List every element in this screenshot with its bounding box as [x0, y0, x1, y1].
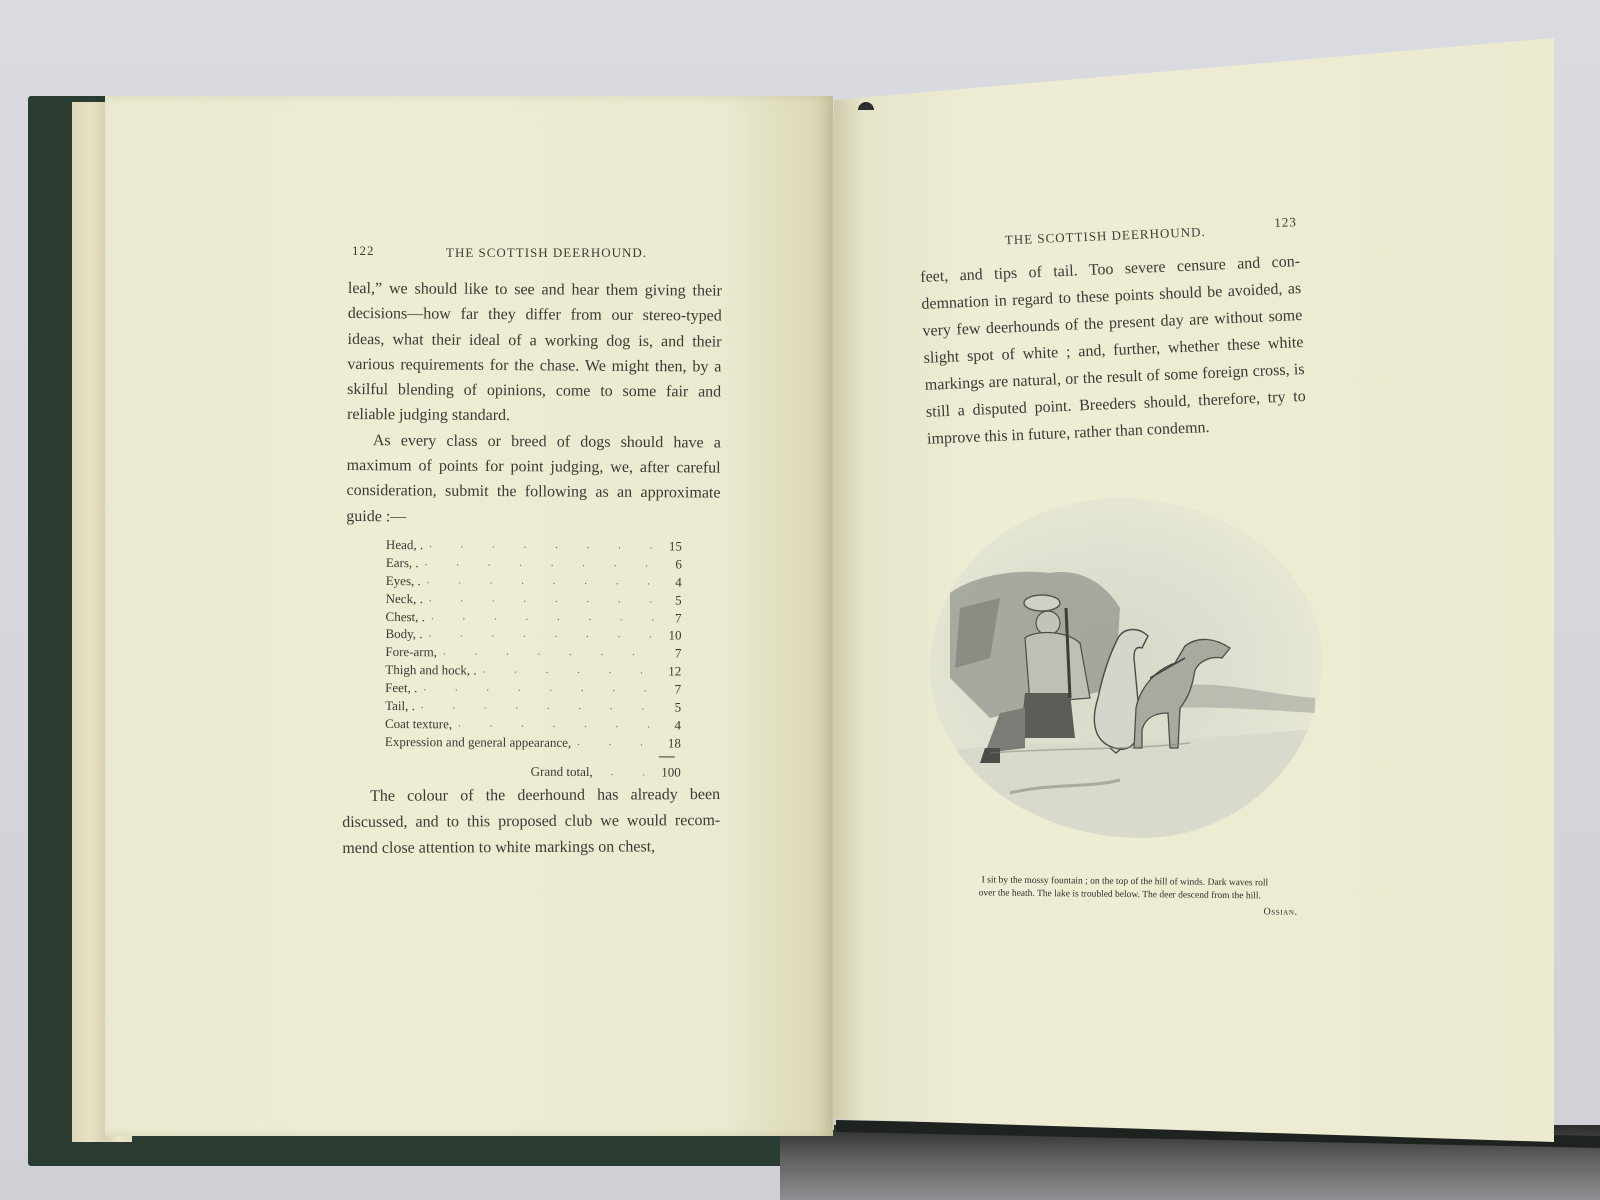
paragraph: feet, and tips of tail. Too severe censu… [920, 248, 1308, 453]
point-label: Body, . [385, 625, 422, 643]
point-label: Thigh and hock, . [385, 661, 476, 679]
points-row: Head, .. . . . . . . . . . .15 [386, 536, 682, 555]
total-value: 100 [659, 763, 681, 781]
left-page-body-continued: The colour of the deerhound has already … [342, 782, 720, 861]
points-row: Thigh and hock, .. . . . . . . . . . .12 [385, 661, 681, 680]
points-row: Neck, .. . . . . . . . . . .5 [386, 590, 682, 609]
points-row: Fore-arm,. . . . . . . . . . .7 [385, 643, 681, 662]
point-label: Coat texture, [385, 715, 452, 733]
point-value: 6 [660, 555, 682, 573]
leader-dots: . . . . . . . . . . . [419, 554, 660, 573]
open-book-photo: 122 THE SCOTTISH DEERHOUND. leal,” we sh… [0, 0, 1600, 1200]
points-row: Expression and general appearance,. . . … [385, 733, 681, 752]
leader-dots: . . . . . . . . . . . [421, 572, 660, 591]
point-label: Chest, . [386, 608, 425, 626]
leader-dots: . . . . . . . . . . . [423, 590, 660, 609]
leader-dots: . . . . . . . . . . . [423, 536, 660, 555]
point-label: Expression and general appearance, [385, 733, 571, 752]
point-value: 4 [660, 573, 682, 591]
point-value: 5 [660, 591, 682, 609]
point-value: 5 [659, 698, 681, 716]
deerhound-illustration [930, 498, 1322, 838]
leader-dots: . . . . . [571, 734, 659, 752]
point-value: 15 [660, 537, 682, 555]
point-value: 7 [659, 681, 681, 699]
highlander-with-deerhounds-drawing [930, 498, 1322, 838]
point-label: Tail, . [385, 697, 415, 715]
point-value: 10 [659, 627, 681, 645]
paragraph: The colour of the deerhound has already … [342, 782, 720, 861]
page-number: 122 [352, 243, 375, 259]
point-label: Eyes, . [386, 572, 421, 590]
caption-line: over the heath. The lake is troubled bel… [940, 887, 1300, 904]
book-gutter [831, 115, 834, 1130]
point-value: 7 [659, 645, 681, 663]
point-label: Fore-arm, [385, 643, 437, 661]
sum-rule [659, 756, 675, 763]
points-total-row: Grand total, . . 100 [385, 762, 681, 782]
left-page-body: leal,” we should like to see and hear th… [346, 276, 722, 532]
running-head: THE SCOTTISH DEERHOUND. [446, 245, 647, 261]
point-label: Head, . [386, 536, 423, 554]
right-page-body: feet, and tips of tail. Too severe censu… [920, 248, 1308, 453]
leader-dots: . . . . . . . . . . . [423, 626, 660, 645]
point-label: Neck, . [386, 590, 423, 608]
running-head: THE SCOTTISH DEERHOUND. [1005, 224, 1207, 248]
point-value: 4 [659, 716, 681, 734]
leader-dots: . . . . . . . . . . . [477, 662, 660, 681]
points-row: Eyes, .. . . . . . . . . . .4 [386, 572, 682, 591]
leader-dots: . . . . . . . . . . . [417, 679, 659, 698]
leader-dots: . . . . . . . . . . . [437, 644, 659, 663]
leader-dots: . . . . . . . . . . . [425, 608, 660, 627]
points-row: Feet, .. . . . . . . . . . .7 [385, 679, 681, 698]
paragraph: leal,” we should like to see and hear th… [347, 276, 722, 430]
right-page-text-block: THE SCOTTISH DEERHOUND. 123 feet, and ti… [918, 206, 1307, 453]
point-value: 12 [659, 663, 681, 681]
point-value: 7 [660, 609, 682, 627]
paragraph: As every class or breed of dogs should h… [346, 428, 721, 532]
points-row: Coat texture,. . . . . . . . . . .4 [385, 715, 681, 734]
leader-dots: . . [605, 763, 659, 781]
leader-dots: . . . . . . . . . . . [415, 697, 659, 716]
total-label: Grand total, [531, 762, 593, 780]
points-row: Body, .. . . . . . . . . . .10 [385, 625, 681, 644]
point-label: Ears, . [386, 554, 419, 572]
points-row: Ears, .. . . . . . . . . . .6 [386, 554, 682, 573]
page-number: 123 [1274, 214, 1297, 231]
illustration-caption: I sit by the mossy fountain ; on the top… [940, 874, 1300, 919]
point-value: 18 [659, 734, 681, 752]
point-label: Feet, . [385, 679, 417, 697]
points-row: Chest, .. . . . . . . . . . .7 [386, 608, 682, 627]
points-table: Head, .. . . . . . . . . . .15 Ears, .. … [385, 536, 682, 781]
leader-dots: . . . . . . . . . . . [452, 715, 659, 734]
points-row: Tail, .. . . . . . . . . . .5 [385, 697, 681, 716]
